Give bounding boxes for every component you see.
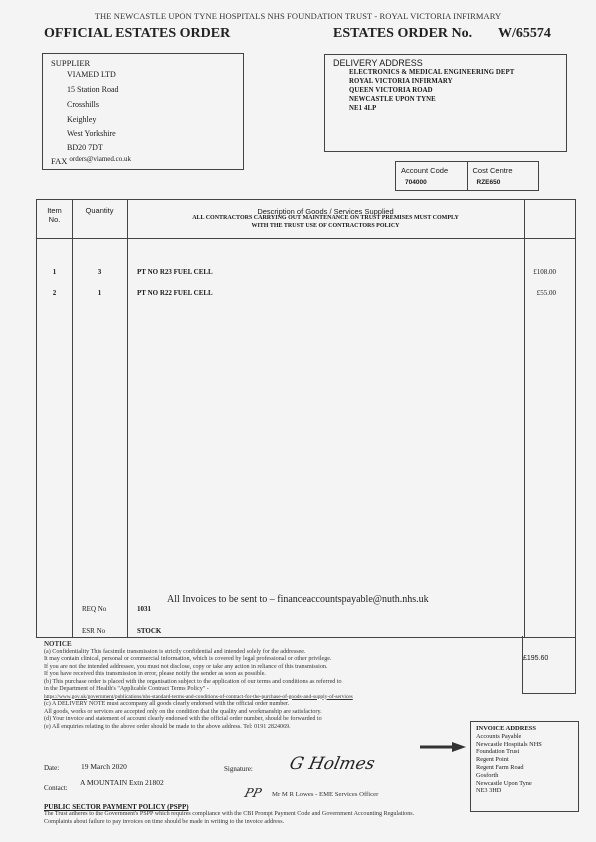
pspp-heading: PUBLIC SECTOR PAYMENT POLICY (PSPP): [44, 803, 189, 811]
signature: G Holmes: [288, 754, 377, 774]
account-code-cell: Account Code 704000: [396, 162, 468, 190]
esr-number-label: ESR No: [82, 627, 105, 635]
signing-officer: Mr M R Lowes - EME Services Officer: [272, 791, 378, 798]
terms-link[interactable]: https://www.gov.uk/government/publicatio…: [44, 694, 514, 702]
document-title: OFFICIAL ESTATES ORDER: [44, 26, 230, 42]
delivery-label: DELIVERY ADDRESS: [333, 58, 423, 68]
req-number-value: 1031: [137, 605, 151, 613]
arrow-right-icon: [420, 742, 466, 752]
item-number: 2: [37, 289, 72, 297]
pp-initials: PP: [243, 786, 263, 800]
supplier-line: BD20 7DT: [67, 143, 103, 152]
supplier-box: SUPPLIER VIAMED LTD 15 Station Road Cros…: [42, 53, 244, 170]
delivery-address-box: DELIVERY ADDRESS ELECTRONICS & MEDICAL E…: [324, 54, 567, 152]
header-contractor-notice: ALL CONTRACTORS CARRYING OUT MAINTENANCE…: [127, 215, 524, 221]
invoice-address-line: Regent Point: [476, 756, 573, 764]
item-quantity: 3: [72, 268, 127, 276]
pspp-text: The Trust adheres to the Government's PS…: [44, 811, 584, 826]
notice-line: If you are not the intended addressee, y…: [44, 664, 514, 672]
header-item-no: No.: [37, 215, 72, 224]
notice-line: (d) Your invoice and statement of accoun…: [44, 716, 514, 724]
notice-line: (b) This purchase order is placed with t…: [44, 679, 514, 687]
order-number: W/65574: [498, 26, 551, 42]
notice-line: It may contain clinical, personal or com…: [44, 656, 514, 664]
order-total: £195.60: [523, 655, 548, 662]
account-code-label: Account Code: [401, 166, 462, 175]
column-divider: [127, 200, 128, 637]
invoice-address-line: Newcastle Hospitals NHS: [476, 741, 573, 749]
supplier-line: VIAMED LTD: [67, 70, 116, 79]
delivery-line: NEWCASTLE UPON TYNE: [349, 96, 436, 103]
cost-centre-label: Cost Centre: [473, 166, 534, 175]
estates-order-page: THE NEWCASTLE UPON TYNE HOSPITALS NHS FO…: [0, 0, 596, 842]
pspp-line: The Trust adheres to the Government's PS…: [44, 811, 584, 819]
delivery-line: ROYAL VICTORIA INFIRMARY: [349, 78, 453, 85]
notice-section: NOTICE (a) Confidentiality This facsimil…: [44, 641, 514, 731]
header-divider: [37, 238, 575, 239]
notice-line: (a) Confidentiality This facsimile trans…: [44, 649, 514, 657]
invoice-address-line: Newcastle Upon Tyne: [476, 780, 573, 788]
supplier-label: SUPPLIER: [51, 58, 90, 68]
supplier-line: Crosshills: [67, 100, 99, 109]
supplier-fax: FAXorders@viamed.co.uk: [51, 156, 131, 166]
header-quantity: Quantity: [72, 206, 127, 215]
account-code-value: 704000: [405, 179, 462, 186]
invoice-address-line: NE3 3HD: [476, 787, 573, 795]
delivery-line: QUEEN VICTORIA ROAD: [349, 87, 433, 94]
invoice-address-label: INVOICE ADDRESS: [476, 725, 573, 733]
invoices-email-note: All Invoices to be sent to – financeacco…: [167, 594, 429, 605]
order-date: 19 March 2020: [81, 762, 127, 771]
notice-line: in the Department of Health's "Applicabl…: [44, 686, 514, 694]
account-codes-box: Account Code 704000 Cost Centre RZE650: [395, 161, 539, 191]
notice-heading: NOTICE: [44, 641, 514, 649]
header-item: Item: [37, 206, 72, 215]
invoice-address-line: Regent Farm Road: [476, 764, 573, 772]
item-price: £108.00: [524, 268, 556, 276]
signature-label: Signature:: [224, 765, 253, 773]
trust-name: THE NEWCASTLE UPON TYNE HOSPITALS NHS FO…: [0, 11, 596, 21]
column-divider: [524, 200, 525, 637]
pspp-line: Complaints about failure to pay invoices…: [44, 819, 584, 827]
fax-label: FAX: [51, 156, 67, 166]
column-divider: [72, 200, 73, 637]
notice-line: (c) A DELIVERY NOTE must accompany all g…: [44, 701, 514, 709]
total-box: £195.60: [522, 636, 576, 694]
header-contractor-notice: WITH THE TRUST USE OF CONTRACTORS POLICY: [127, 223, 524, 229]
item-quantity: 1: [72, 289, 127, 297]
cost-centre-cell: Cost Centre RZE650: [468, 162, 539, 190]
item-description: PT NO R22 FUEL CELL: [137, 289, 213, 297]
invoice-address-line: Gosforth: [476, 772, 573, 780]
req-number-label: REQ No: [82, 605, 106, 613]
date-label: Date:: [44, 764, 59, 772]
item-number: 1: [37, 268, 72, 276]
fax-value: orders@viamed.co.uk: [69, 155, 131, 163]
delivery-line: ELECTRONICS & MEDICAL ENGINEERING DEPT: [349, 69, 514, 76]
contact-value: A MOUNTAIN Extn 21802: [80, 778, 164, 787]
esr-number-value: STOCK: [137, 627, 161, 635]
invoice-address-line: Accounts Payable: [476, 733, 573, 741]
notice-line: (e) All enquiries relating to the above …: [44, 724, 514, 732]
item-price: £55.00: [524, 289, 556, 297]
invoice-address-line: Foundation Trust: [476, 748, 573, 756]
notice-line: If you have received this transmission i…: [44, 671, 514, 679]
item-description: PT NO R23 FUEL CELL: [137, 268, 213, 276]
supplier-line: 15 Station Road: [67, 85, 119, 94]
invoice-address-box: INVOICE ADDRESS Accounts Payable Newcast…: [470, 721, 579, 812]
order-number-label: ESTATES ORDER No.: [333, 26, 472, 42]
contact-label: Contact:: [44, 784, 68, 792]
notice-line: All goods, works or services are accepte…: [44, 709, 514, 717]
items-table: Item No. Quantity Description of Goods /…: [36, 199, 576, 638]
supplier-line: Keighley: [67, 115, 96, 124]
cost-centre-value: RZE650: [477, 179, 534, 186]
supplier-line: West Yorkshire: [67, 129, 116, 138]
delivery-line: NE1 4LP: [349, 105, 376, 112]
